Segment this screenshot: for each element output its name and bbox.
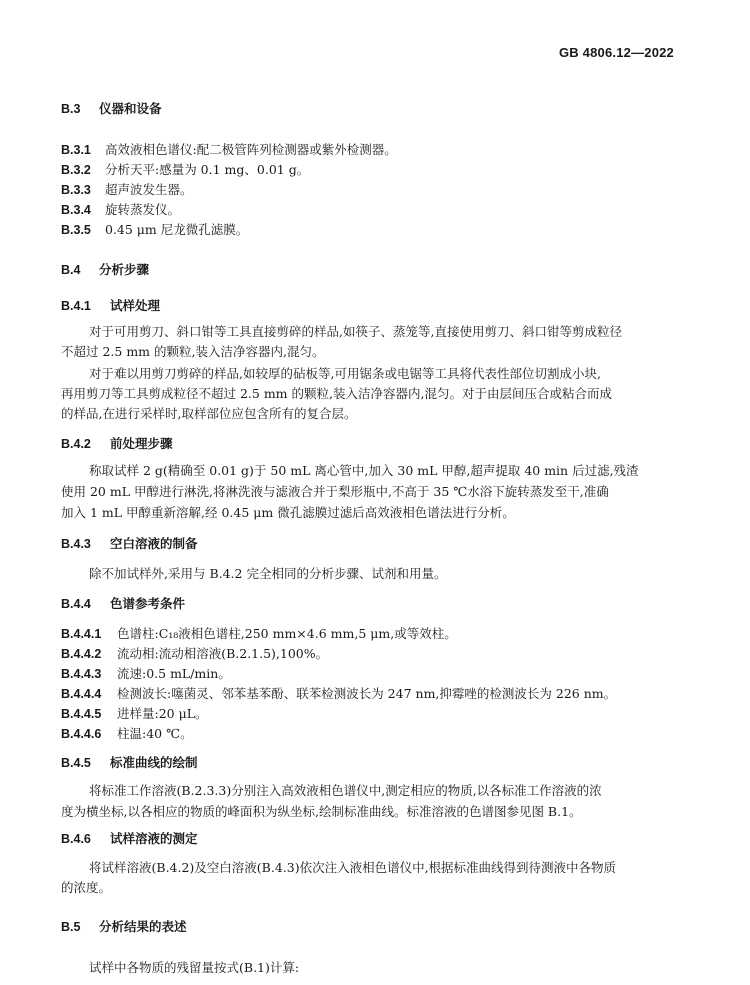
list-item-b3-5: B.3.50.45 μm 尼龙微孔滤膜。 [61, 222, 248, 238]
subsection-heading-b4-2: B.4.2前处理步骤 [61, 436, 173, 452]
paragraph-line: 再用剪刀等工具剪成粒径不超过 2.5 mm 的颗粒,装入洁净容器内,混匀。对于由… [61, 386, 612, 402]
item-number: B.4.4.5 [61, 706, 117, 722]
paragraph-line: 加入 1 mL 甲醇重新溶解,经 0.45 μm 微孔滤膜过滤后高效液相色谱法进… [61, 505, 515, 521]
section-title: 标准曲线的绘制 [110, 755, 198, 770]
section-number: B.4.6 [61, 831, 110, 847]
item-number: B.4.4.6 [61, 726, 117, 742]
list-item-b4-4-4: B.4.4.4检测波长:噻菌灵、邻苯基苯酚、联苯检测波长为 247 nm,抑霉唑… [61, 686, 616, 702]
section-title: 分析结果的表述 [99, 919, 187, 934]
paragraph-line: 称取试样 2 g(精确至 0.01 g)于 50 mL 离心管中,加入 30 m… [89, 463, 639, 479]
item-number: B.3.3 [61, 182, 105, 198]
item-number: B.4.4.4 [61, 686, 117, 702]
subsection-heading-b4-4: B.4.4色谱参考条件 [61, 596, 185, 612]
paragraph-line: 不超过 2.5 mm 的颗粒,装入洁净容器内,混匀。 [61, 344, 324, 360]
section-number: B.5 [61, 919, 99, 935]
item-text: 旋转蒸发仪。 [105, 202, 180, 217]
paragraph-line: 将试样溶液(B.4.2)及空白溶液(B.4.3)依次注入液相色谱仪中,根据标准曲… [89, 860, 616, 876]
item-text: 高效液相色谱仪:配二极管阵列检测器或紫外检测器。 [105, 142, 397, 157]
item-text: 流速:0.5 mL/min。 [117, 666, 231, 681]
section-number: B.4.4 [61, 596, 110, 612]
paragraph-line: 的浓度。 [61, 880, 111, 896]
paragraph-line: 度为横坐标,以各相应的物质的峰面积为纵坐标,绘制标准曲线。标准溶液的色谱图参见图… [61, 804, 582, 820]
section-heading-b5: B.5分析结果的表述 [61, 919, 187, 935]
item-text: 进样量:20 μL。 [117, 706, 208, 721]
list-item-b4-4-5: B.4.4.5进样量:20 μL。 [61, 706, 208, 722]
subsection-heading-b4-1: B.4.1试样处理 [61, 298, 160, 314]
item-text: 色谱柱:C₁₈液相色谱柱,250 mm×4.6 mm,5 μm,或等效柱。 [117, 626, 457, 641]
paragraph-line: 的样品,在进行采样时,取样部位应包含所有的复合层。 [61, 406, 356, 422]
section-title: 分析步骤 [99, 262, 149, 277]
item-text: 分析天平:感量为 0.1 mg、0.01 g。 [105, 162, 309, 177]
item-number: B.4.4.2 [61, 646, 117, 662]
section-title: 试样溶液的测定 [110, 831, 198, 846]
paragraph-line: 试样中各物质的残留量按式(B.1)计算: [89, 960, 299, 976]
paragraph-line: 对于可用剪刀、斜口钳等工具直接剪碎的样品,如筷子、蒸笼等,直接使用剪刀、斜口钳等… [89, 324, 622, 340]
item-number: B.4.4.3 [61, 666, 117, 682]
list-item-b3-3: B.3.3超声波发生器。 [61, 182, 193, 198]
list-item-b4-4-6: B.4.4.6柱温:40 ℃。 [61, 726, 193, 742]
paragraph-line: 对于难以用剪刀剪碎的样品,如较厚的砧板等,可用锯条或电锯等工具将代表性部位切割成… [89, 366, 601, 382]
item-number: B.3.4 [61, 202, 105, 218]
item-number: B.3.2 [61, 162, 105, 178]
section-title: 前处理步骤 [110, 436, 173, 451]
item-text: 流动相:流动相溶液(B.2.1.5),100%。 [117, 646, 328, 661]
paragraph-line: 除不加试样外,采用与 B.4.2 完全相同的分析步骤、试剂和用量。 [89, 566, 446, 582]
list-item-b3-4: B.3.4旋转蒸发仪。 [61, 202, 180, 218]
list-item-b3-1: B.3.1高效液相色谱仪:配二极管阵列检测器或紫外检测器。 [61, 142, 397, 158]
section-title: 仪器和设备 [99, 101, 162, 116]
item-text: 超声波发生器。 [105, 182, 193, 197]
paragraph-line: 将标准工作溶液(B.2.3.3)分别注入高效液相色谱仪中,测定相应的物质,以各标… [89, 783, 602, 799]
subsection-heading-b4-6: B.4.6试样溶液的测定 [61, 831, 198, 847]
section-title: 试样处理 [110, 298, 160, 313]
section-number: B.3 [61, 101, 99, 117]
section-heading-b4: B.4分析步骤 [61, 262, 149, 278]
standard-id-header: GB 4806.12—2022 [559, 45, 674, 60]
section-title: 空白溶液的制备 [110, 536, 198, 551]
section-number: B.4.2 [61, 436, 110, 452]
item-text: 0.45 μm 尼龙微孔滤膜。 [105, 222, 248, 237]
list-item-b4-4-2: B.4.4.2流动相:流动相溶液(B.2.1.5),100%。 [61, 646, 328, 662]
section-number: B.4.3 [61, 536, 110, 552]
list-item-b4-4-3: B.4.4.3流速:0.5 mL/min。 [61, 666, 231, 682]
item-number: B.3.5 [61, 222, 105, 238]
item-number: B.3.1 [61, 142, 105, 158]
list-item-b4-4-1: B.4.4.1色谱柱:C₁₈液相色谱柱,250 mm×4.6 mm,5 μm,或… [61, 626, 457, 642]
item-text: 检测波长:噻菌灵、邻苯基苯酚、联苯检测波长为 247 nm,抑霉唑的检测波长为 … [117, 686, 616, 701]
section-number: B.4 [61, 262, 99, 278]
subsection-heading-b4-5: B.4.5标准曲线的绘制 [61, 755, 198, 771]
section-title: 色谱参考条件 [110, 596, 185, 611]
section-heading-b3: B.3仪器和设备 [61, 101, 162, 117]
list-item-b3-2: B.3.2分析天平:感量为 0.1 mg、0.01 g。 [61, 162, 309, 178]
item-text: 柱温:40 ℃。 [117, 726, 193, 741]
item-number: B.4.4.1 [61, 626, 117, 642]
section-number: B.4.1 [61, 298, 110, 314]
subsection-heading-b4-3: B.4.3空白溶液的制备 [61, 536, 198, 552]
section-number: B.4.5 [61, 755, 110, 771]
paragraph-line: 使用 20 mL 甲醇进行淋洗,将淋洗液与滤液合并于梨形瓶中,不高于 35 ℃水… [61, 484, 609, 500]
